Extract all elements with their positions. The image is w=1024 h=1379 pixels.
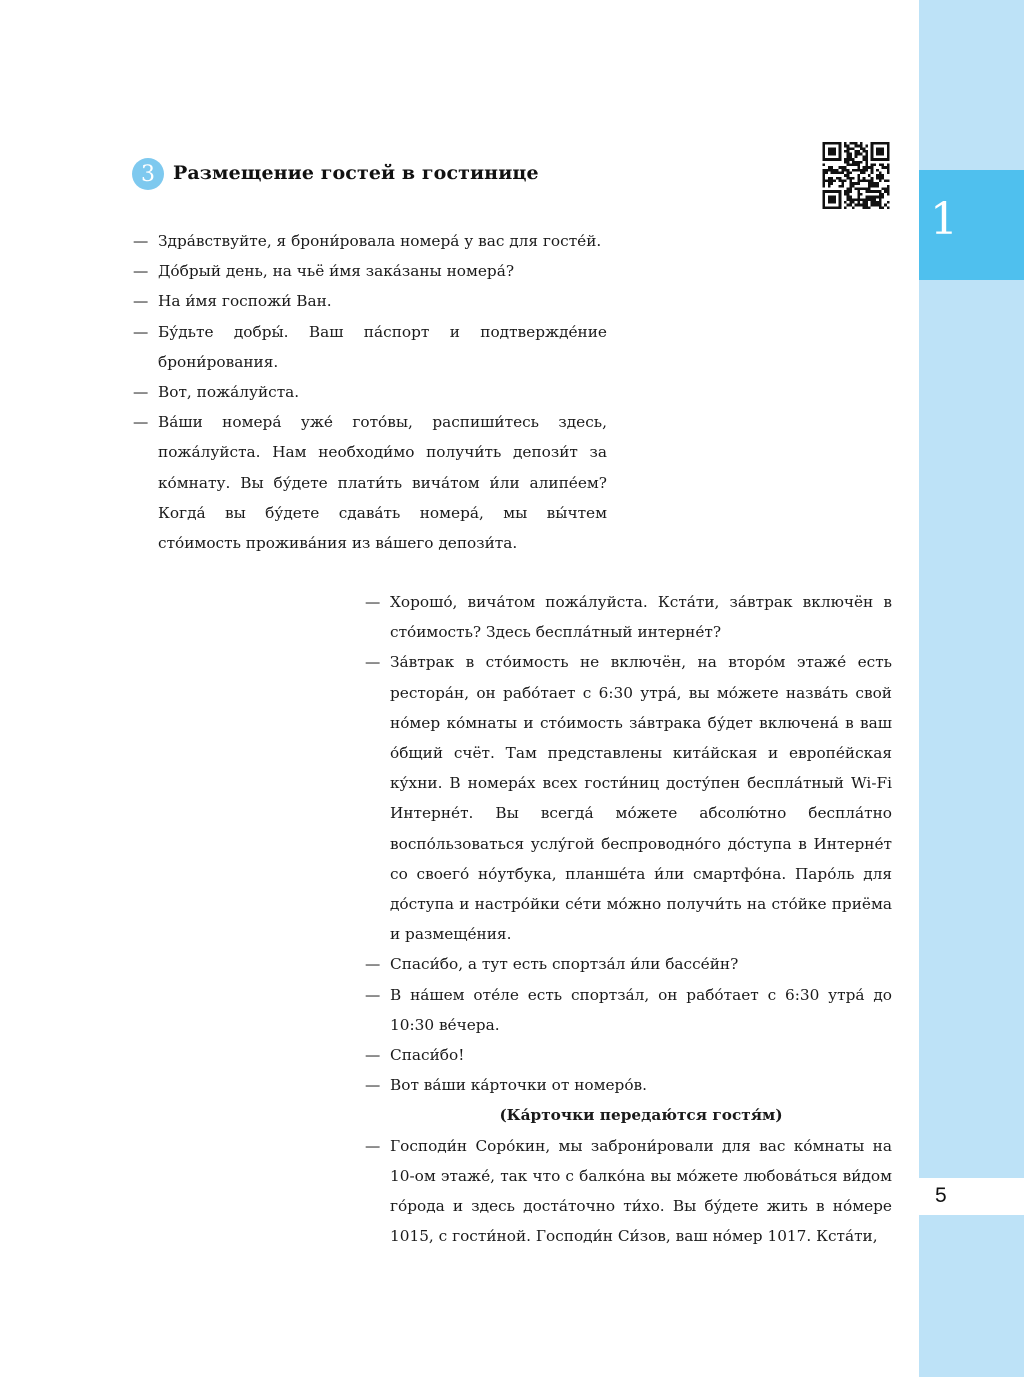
- dialogue-line: — Спаси́бо!: [365, 1040, 892, 1070]
- dialogue-text: Спаси́бо!: [390, 1046, 464, 1064]
- dialogue-line: — Ва́ши номера́ уже́ гото́вы, распиши́те…: [133, 407, 607, 558]
- dialogue-dash: —: [133, 317, 148, 347]
- page-number: 5: [935, 1185, 947, 1206]
- dialogue-dash: —: [365, 949, 380, 979]
- dialogue-text: До́брый день, на чьё и́мя зака́заны номе…: [158, 262, 514, 280]
- dialogue-dash: —: [133, 377, 148, 407]
- dialogue-dash: —: [365, 1040, 380, 1070]
- section-number-badge: 3: [132, 158, 164, 190]
- dialogue-line: — Бу́дьте добры́. Ваш па́спорт и подтвер…: [133, 317, 607, 377]
- dialogue-dash: —: [365, 980, 380, 1010]
- dialogue-text: На и́мя госпожи́ Ван.: [158, 292, 332, 310]
- dialogue-text: Бу́дьте добры́. Ваш па́спорт и подтвержд…: [158, 323, 607, 371]
- dialogue-left: — Здра́вствуйте, я брони́ровала номера́ …: [133, 226, 607, 558]
- dialogue-line: — Здра́вствуйте, я брони́ровала номера́ …: [133, 226, 607, 256]
- stage-direction: (Ка́рточки передаю́тся гостя́м): [365, 1100, 892, 1130]
- dialogue-dash: —: [365, 587, 380, 617]
- dialogue-dash: —: [133, 256, 148, 286]
- chapter-number: 1: [930, 198, 958, 242]
- dialogue-dash: —: [365, 1070, 380, 1100]
- dialogue-dash: —: [133, 407, 148, 437]
- dialogue-line: — Хорошо́, вича́том пожа́луйста. Кста́ти…: [365, 587, 892, 647]
- dialogue-line: — Господи́н Соро́кин, мы заброни́ровали …: [365, 1131, 892, 1252]
- dialogue-line: — До́брый день, на чьё и́мя зака́заны но…: [133, 256, 607, 286]
- dialogue-right: — Хорошо́, вича́том пожа́луйста. Кста́ти…: [365, 587, 892, 1251]
- dialogue-text: Вот, пожа́луйста.: [158, 383, 299, 401]
- dialogue-text: За́втрак в сто́имость не включён, на вто…: [390, 653, 892, 943]
- dialogue-text: Ва́ши номера́ уже́ гото́вы, распиши́тесь…: [158, 413, 607, 552]
- qr-code-icon[interactable]: [822, 142, 890, 209]
- dialogue-line: — В на́шем оте́ле есть спортза́л, он раб…: [365, 980, 892, 1040]
- dialogue-text: Спаси́бо, а тут есть спортза́л и́ли басс…: [390, 955, 738, 973]
- dialogue-text: В на́шем оте́ле есть спортза́л, он рабо́…: [390, 986, 892, 1034]
- dialogue-dash: —: [365, 1131, 380, 1161]
- dialogue-line: — Вот, пожа́луйста.: [133, 377, 607, 407]
- dialogue-line: — Спаси́бо, а тут есть спортза́л и́ли ба…: [365, 949, 892, 979]
- page-number-band: [905, 1178, 1024, 1215]
- dialogue-line: — За́втрак в сто́имость не включён, на в…: [365, 647, 892, 949]
- dialogue-dash: —: [133, 286, 148, 316]
- section-title: Размещение гостей в гостинице: [173, 162, 539, 184]
- dialogue-text: Здра́вствуйте, я брони́ровала номера́ у …: [158, 232, 601, 250]
- dialogue-text: Господи́н Соро́кин, мы заброни́ровали дл…: [390, 1137, 892, 1246]
- dialogue-text: Вот ва́ши ка́рточки от номеро́в.: [390, 1076, 647, 1094]
- dialogue-line: — На и́мя госпожи́ Ван.: [133, 286, 607, 316]
- dialogue-line: — Вот ва́ши ка́рточки от номеро́в.: [365, 1070, 892, 1100]
- dialogue-text: Хорошо́, вича́том пожа́луйста. Кста́ти, …: [390, 593, 892, 641]
- dialogue-dash: —: [365, 647, 380, 677]
- dialogue-dash: —: [133, 226, 148, 256]
